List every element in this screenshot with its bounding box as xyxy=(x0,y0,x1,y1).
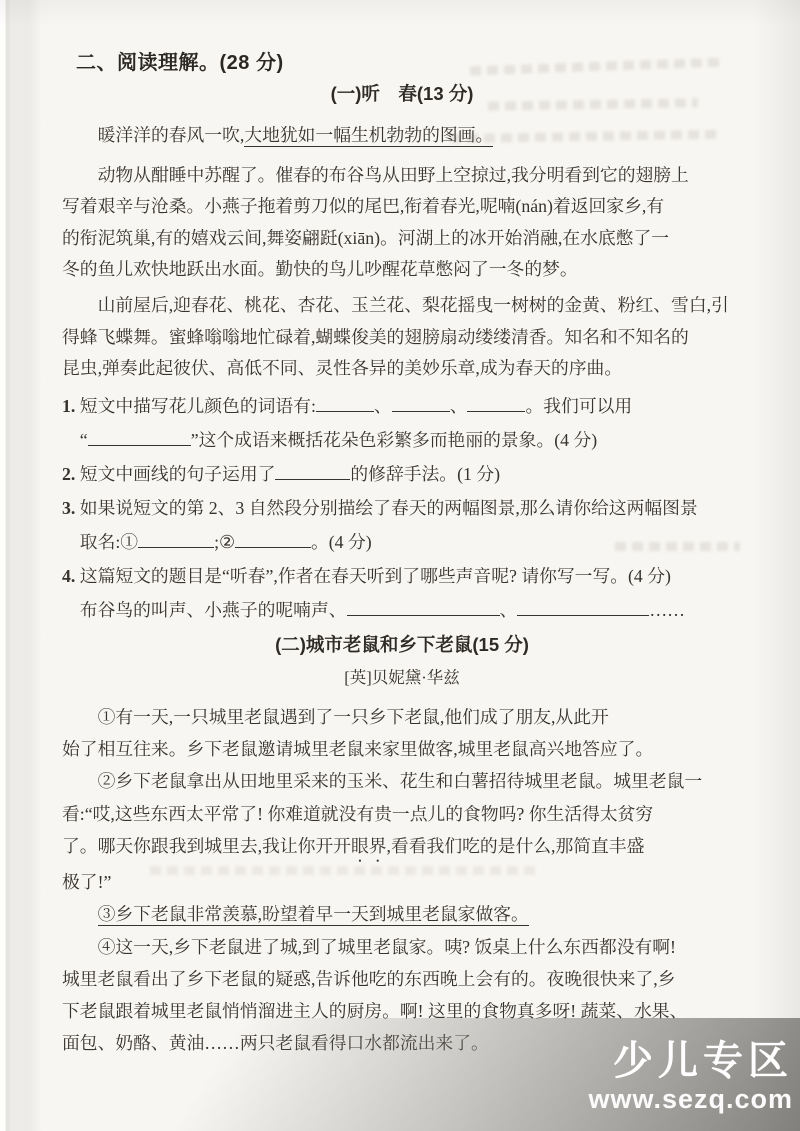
text-line-9: 昆虫,弹奏此起彼伏、高低不同、灵性各异的美妙乐章,成为春天的序曲。 xyxy=(62,353,742,385)
text-segment: 2. xyxy=(62,464,80,484)
text-segment: 4. xyxy=(62,566,80,586)
answer-blank xyxy=(467,395,525,412)
answer-blank xyxy=(517,599,649,616)
text-segment: 极了!” xyxy=(62,872,111,892)
text-line-27: 城里老鼠看出了乡下老鼠的疑惑,告诉他吃的东西晚上会有的。夜晚很快来了,乡 xyxy=(62,963,742,995)
text-segment: 了。哪天你跟我到城里去,我让你开开 xyxy=(62,836,351,856)
question-3: 3. 如果说短文的第 2、3 自然段分别描绘了春天的两幅图景,那么请你给这两幅图… xyxy=(62,491,742,525)
text-segment: (二)城市老鼠和乡下老鼠(15 分) xyxy=(275,634,529,655)
text-segment: 山前屋后,迎春花、桃花、杏花、玉兰花、梨花摇曳一树树的金黄、粉红、雪白,引 xyxy=(98,295,729,315)
text-line-4: 写着艰辛与沧桑。小燕子拖着剪刀似的尾巴,衔着春光,呢喃(nán)着返回家乡,有 xyxy=(62,191,742,223)
text-segment: [英]贝妮黛·华兹 xyxy=(344,668,459,687)
text-segment: 城里老鼠看出了乡下老鼠的疑惑,告诉他吃的东西晚上会有的。夜晚很快来了,乡 xyxy=(62,969,675,989)
question-4: 4. 这篇短文的题目是“听春”,作者在春天听到了哪些声音呢? 请你写一写。(4 … xyxy=(62,559,742,593)
text-segment: ”这个成语来概括花朵色彩繁多而艳丽的景象。(4 分) xyxy=(191,430,597,450)
text-segment: 取名:① xyxy=(80,532,138,552)
text-segment: 布谷鸟的叫声、小燕子的呢喃声、 xyxy=(80,600,347,620)
section-heading: 二、阅读理解。(28 分) xyxy=(76,48,742,78)
answer-blank xyxy=(138,531,214,548)
passage-2-author: [英]贝妮黛·华兹 xyxy=(62,661,742,695)
text-segment: 的衔泥筑巢,有的嬉戏云间,舞姿翩跹(xiān)。河湖上的冰开始消融,在水底憋了一 xyxy=(62,228,669,248)
text-segment: 暖洋洋的春风一吹, xyxy=(98,125,245,145)
text-segment: 写着艰辛与沧桑。小燕子拖着剪刀似的尾巴,衔着春光,呢喃(nán)着返回家乡,有 xyxy=(62,196,664,216)
text-segment: ,看看我们吃的是什么,那简直丰盛 xyxy=(387,836,645,856)
text-segment: (一)听 春(13 分) xyxy=(331,83,474,104)
passage-1-para-2: 动物从酣睡中苏醒了。催春的布谷鸟从田野上空掠过,我分明看到它的翅膀上 xyxy=(62,160,742,192)
text-segment: 这篇短文的题目是“听春”,作者在春天听到了哪些声音呢? 请你写一写。(4 分) xyxy=(80,566,671,586)
passage-1-para-3: 山前屋后,迎春花、桃花、杏花、玉兰花、梨花摇曳一树树的金黄、粉红、雪白,引 xyxy=(62,290,742,322)
text-segment: 、 xyxy=(500,600,518,620)
text-segment: ①有一天,一只城里老鼠遇到了一只乡下老鼠,他们成了朋友,从此开 xyxy=(98,707,609,727)
text-segment: 看:“哎,这些东西太平常了! 你难道就没有贵一点儿的食物吗? 你生活得太贫穷 xyxy=(62,804,653,824)
passage-1-title: (一)听 春(13 分) xyxy=(62,78,742,110)
text-line-5: 的衔泥筑巢,有的嬉戏云间,舞姿翩跹(xiān)。河湖上的冰开始消融,在水底憋了一 xyxy=(62,223,742,255)
watermark-url: www.sezq.com xyxy=(588,1085,793,1115)
text-line-14: 取名:①;②。(4 分) xyxy=(62,525,742,559)
text-segment: ②乡下老鼠拿出从田地里采来的玉米、花生和白薯招待城里老鼠。城里老鼠一 xyxy=(98,771,703,791)
scanned-test-page: 二、阅读理解。(28 分)(一)听 春(13 分)暖洋洋的春风一吹,大地犹如一幅… xyxy=(0,0,800,1131)
text-segment: 昆虫,弹奏此起彼伏、高低不同、灵性各异的美妙乐章,成为春天的序曲。 xyxy=(62,358,622,378)
question-2: 2. 短文中画线的句子运用了的修辞手法。(1 分) xyxy=(62,457,742,491)
passage-1-para-1: 暖洋洋的春风一吹,大地犹如一幅生机勃勃的图画。 xyxy=(62,120,742,152)
watermark: 少儿专区 www.sezq.com xyxy=(588,1040,793,1115)
text-line-8: 得蜂飞蝶舞。蜜蜂嗡嗡地忙碌着,蝴蝶俊美的翅膀扇动缕缕清香。知名和不知名的 xyxy=(62,322,742,354)
text-segment: 短文中描写花儿颜色的词语有: xyxy=(80,396,316,416)
passage-2-para-3: ③乡下老鼠非常羡慕,盼望着早一天到城里老鼠家做客。 xyxy=(62,898,742,930)
text-segment: …… xyxy=(649,600,685,620)
text-segment: 得蜂飞蝶舞。蜜蜂嗡嗡地忙碌着,蝴蝶俊美的翅膀扇动缕缕清香。知名和不知名的 xyxy=(62,327,689,347)
text-line-6: 冬的鱼儿欢快地跃出水面。勤快的鸟儿吵醒花草憋闷了一冬的梦。 xyxy=(62,254,742,286)
text-line-16: 布谷鸟的叫声、小燕子的呢喃声、、…… xyxy=(62,593,742,627)
text-segment: 如果说短文的第 2、3 自然段分别描绘了春天的两幅图景,那么请你给这两幅图景 xyxy=(80,498,698,518)
answer-blank xyxy=(235,531,311,548)
text-segment: “ xyxy=(80,430,88,450)
passage-2-para-4: ④这一天,乡下老鼠进了城,到了城里老鼠家。咦? 饭桌上什么东西都没有啊! xyxy=(62,931,742,963)
question-1: 1. 短文中描写花儿颜色的词语有:、、。我们可以用 xyxy=(62,389,742,423)
text-segment: 3. xyxy=(62,498,80,518)
text-segment: ④这一天,乡下老鼠进了城,到了城里老鼠家。咦? 饭桌上什么东西都没有啊! xyxy=(98,937,676,957)
answer-blank xyxy=(392,395,450,412)
passage-2-para-2: ②乡下老鼠拿出从田地里采来的玉米、花生和白薯招待城里老鼠。城里老鼠一 xyxy=(62,765,742,797)
text-segment: 。我们可以用 xyxy=(525,396,632,416)
passage-2-para-1: ①有一天,一只城里老鼠遇到了一只乡下老鼠,他们成了朋友,从此开 xyxy=(62,701,742,733)
text-segment: 冬的鱼儿欢快地跃出水面。勤快的鸟儿吵醒花草憋闷了一冬的梦。 xyxy=(62,259,578,279)
text-line-20: 始了相互往来。乡下老鼠邀请城里老鼠来家里做客,城里老鼠高兴地答应了。 xyxy=(62,733,742,765)
text-segment: 、 xyxy=(450,396,468,416)
text-segment: 始了相互往来。乡下老鼠邀请城里老鼠来家里做客,城里老鼠高兴地答应了。 xyxy=(62,739,653,759)
text-line-22: 看:“哎,这些东西太平常了! 你难道就没有贵一点儿的食物吗? 你生活得太贫穷 xyxy=(62,798,742,830)
text-segment: 动物从酣睡中苏醒了。催春的布谷鸟从田野上空掠过,我分明看到它的翅膀上 xyxy=(98,165,689,185)
answer-blank xyxy=(275,463,350,480)
document-body: 二、阅读理解。(28 分)(一)听 春(13 分)暖洋洋的春风一吹,大地犹如一幅… xyxy=(0,0,800,1060)
text-line-24: 极了!” xyxy=(62,866,742,898)
text-segment: 短文中画线的句子运用了 xyxy=(80,464,276,484)
text-segment: 二、阅读理解。(28 分) xyxy=(76,52,284,74)
answer-blank xyxy=(347,599,500,616)
text-segment: 。(4 分) xyxy=(311,532,372,552)
answer-blank xyxy=(316,395,374,412)
text-segment: 1. xyxy=(62,396,80,416)
underlined-text: ③乡下老鼠非常羡慕,盼望着早一天到城里老鼠家做客。 xyxy=(98,904,529,926)
text-line-11: “”这个成语来概括花朵色彩繁多而艳丽的景象。(4 分) xyxy=(62,423,742,457)
underlined-text: 大地犹如一幅生机勃勃的图画。 xyxy=(244,125,493,147)
text-line-23: 了。哪天你跟我到城里去,我让你开开眼界,看看我们吃的是什么,那简直丰盛 xyxy=(62,830,742,866)
text-segment: ;② xyxy=(214,532,235,552)
text-segment: 眼界 xyxy=(351,836,387,856)
passage-2-title: (二)城市老鼠和乡下老鼠(15 分) xyxy=(62,629,742,661)
answer-blank xyxy=(88,429,191,446)
watermark-brand: 少儿专区 xyxy=(588,1040,793,1082)
text-segment: 的修辞手法。(1 分) xyxy=(350,464,500,484)
text-segment: 、 xyxy=(374,396,392,416)
